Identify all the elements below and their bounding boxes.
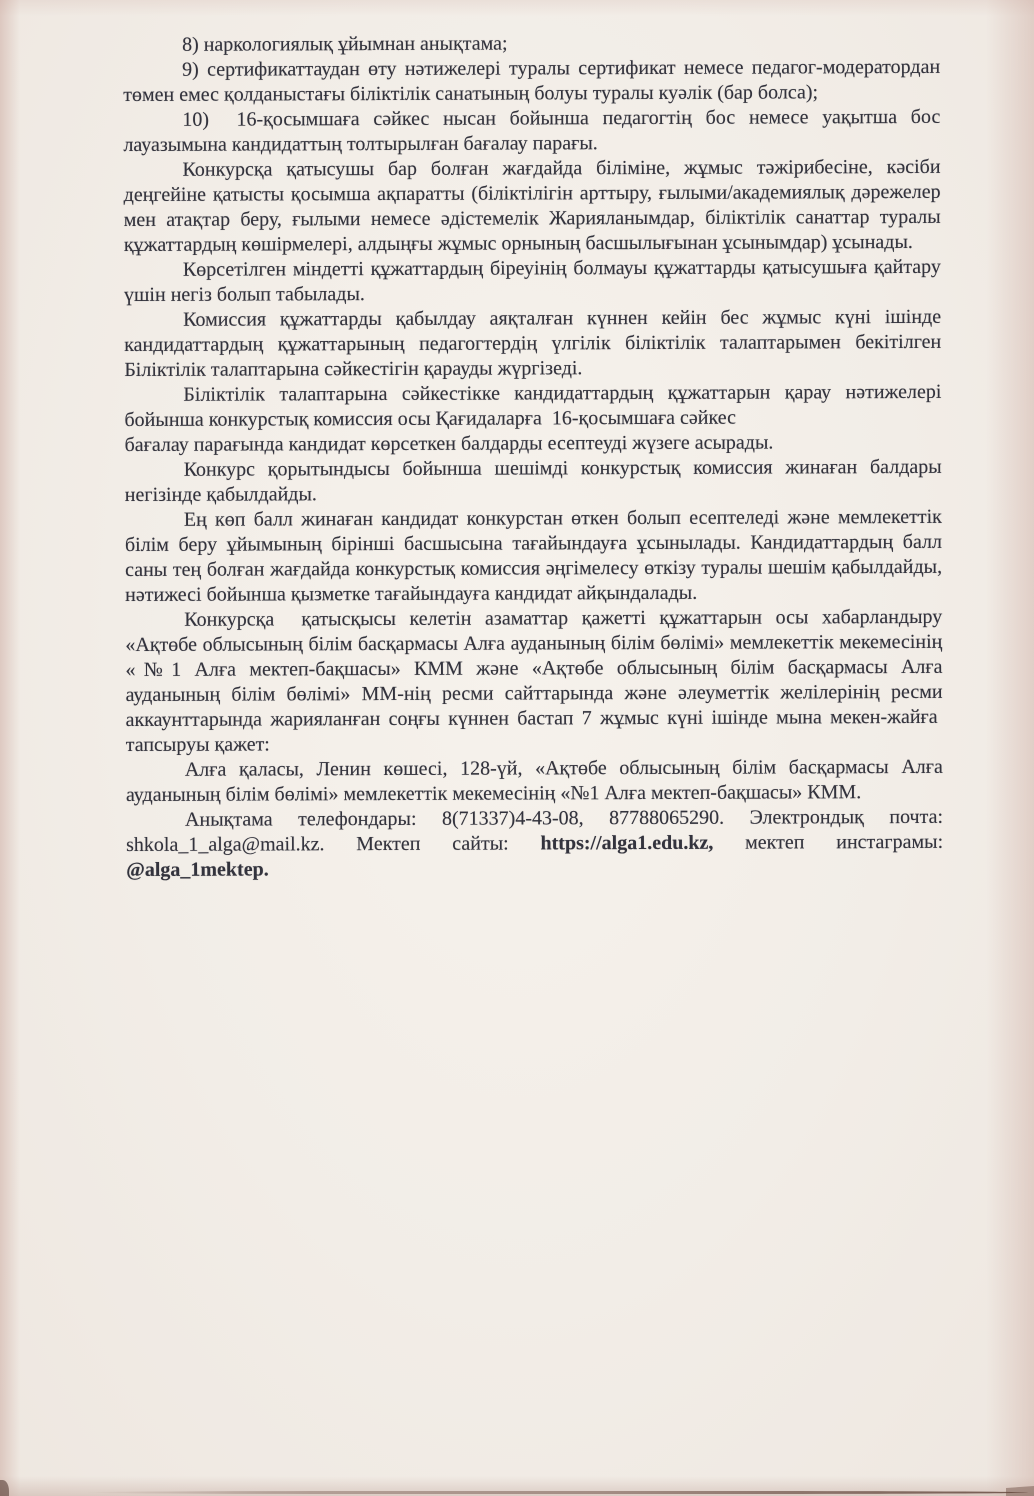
school-instagram-handle: @alga_1mektep. (126, 858, 269, 881)
paragraph-winner-determination: Ең көп балл жинаған кандидат конкурстан … (125, 505, 942, 608)
paragraph-submission-address: Алға қаласы, Ленин көшесі, 128-үй, «Ақтө… (126, 755, 943, 808)
list-item-10-evaluation-sheet: 10) 16-қосымшаға сәйкес нысан бойынша пе… (123, 105, 940, 158)
document-text-block: 8) наркологиялық ұйымнан анықтама; 9) се… (123, 30, 943, 883)
paragraph-additional-information: Конкурсқа қатысушы бар болған жағдайда б… (123, 155, 940, 258)
school-website-url: https://alga1.edu.kz, (540, 832, 713, 855)
scanned-document-page: 8) наркологиялық ұйымнан анықтама; 9) се… (0, 0, 1034, 1496)
paragraph-contact-details: Анықтама телефондары: 8(71337)4-43-08, 8… (126, 805, 943, 883)
list-item-8-narcology-certificate: 8) наркологиялық ұйымнан анықтама; (123, 30, 940, 58)
paragraph-score-calculation: бағалау парағында кандидат көрсеткен бал… (125, 430, 942, 458)
paper-bottom-edge-shadow (84, 1491, 1028, 1494)
paragraph-qualification-review-results: Біліктілік талаптарына сәйкестікке канди… (124, 380, 941, 433)
paper-corner-mark-right (1006, 1486, 1034, 1496)
list-item-9-certification-result: 9) сертификаттаудан өту нәтижелері турал… (123, 55, 940, 108)
contact-instagram-label: мектеп инстаграмы: (713, 831, 943, 854)
paper-corner-mark-left (0, 1480, 9, 1496)
paragraph-contest-decision: Конкурс қорытындысы бойынша шешімді конк… (125, 455, 942, 508)
paragraph-submission-deadline: Конкурсқа қатысқысы келетін азаматтар қа… (125, 605, 943, 758)
paragraph-commission-review: Комиссия құжаттарды қабылдау аяқталған к… (124, 305, 941, 383)
paragraph-missing-documents-return: Көрсетілген міндетті құжаттардың біреуін… (124, 255, 941, 308)
